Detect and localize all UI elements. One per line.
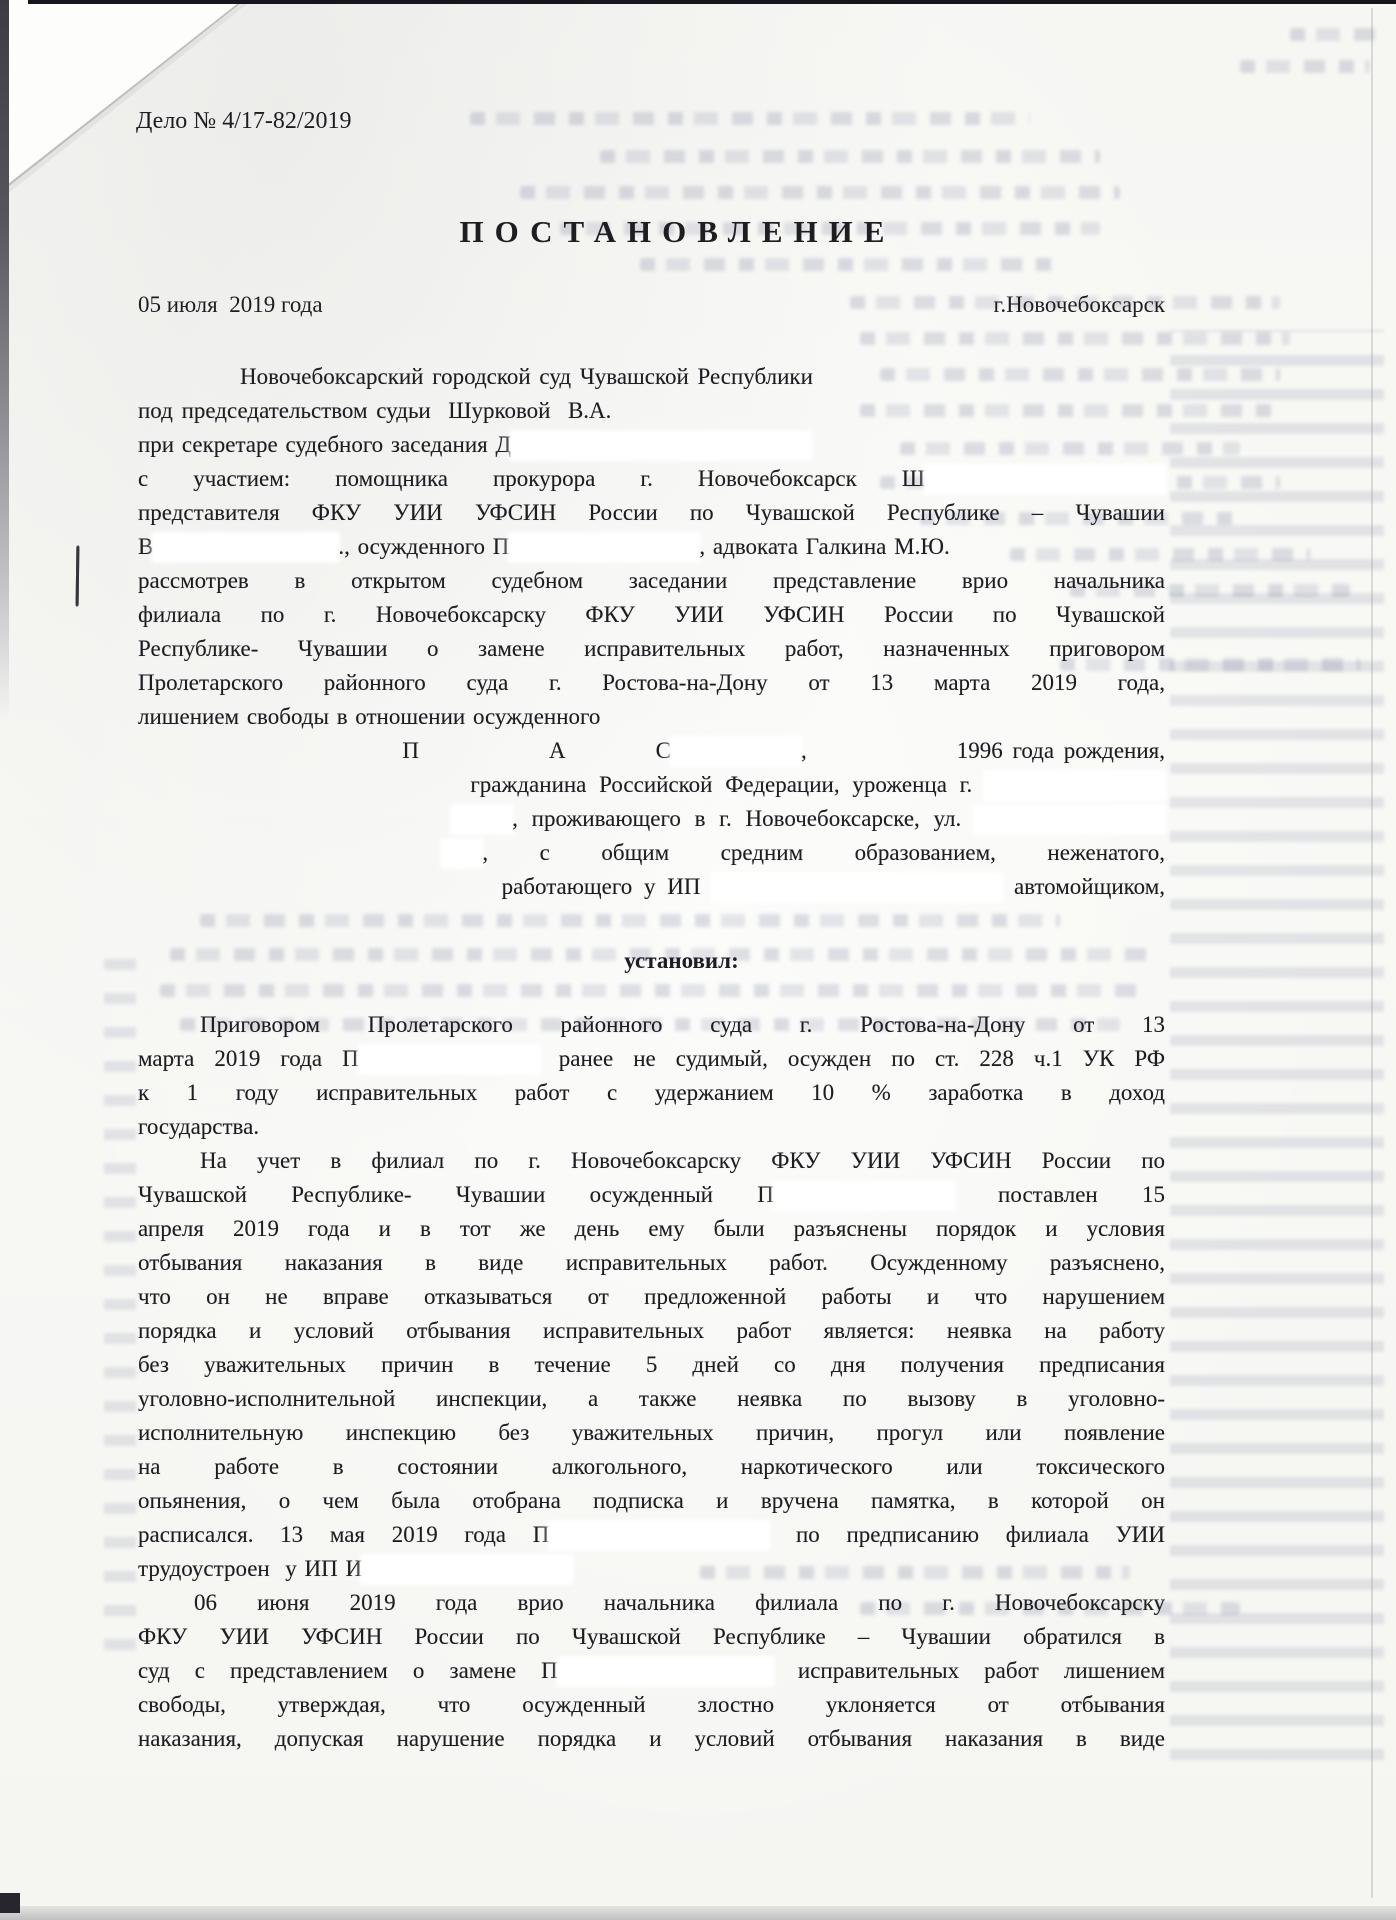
redaction-box (511, 432, 811, 459)
text-run: отбывания наказания в виде исправительны… (138, 1250, 1165, 1275)
redaction-box (671, 738, 801, 765)
text-run: , адвоката Галкина М.Ю. (699, 534, 949, 559)
text-run: без уважительных причин в течение 5 дней… (138, 1352, 1165, 1377)
case-number: Дело № 4/17-82/2019 (136, 104, 352, 138)
bleed-through-artifact (640, 258, 1060, 271)
text-run: расписался. 13 мая 2019 года П (138, 1522, 549, 1547)
text-run: А (549, 738, 566, 763)
text-run: исполнительную инспекцию без уважительны… (138, 1420, 1165, 1445)
document-city: г.Новочебоксарск (994, 288, 1165, 322)
text-line: на работе в состоянии алкогольного, нарк… (138, 1450, 1165, 1484)
bleed-through-artifact (160, 984, 1150, 997)
redaction-box (558, 1658, 773, 1685)
text-line: государства. (138, 1110, 1165, 1144)
text-line: отбывания наказания в виде исправительны… (138, 1246, 1165, 1280)
paragraph-registration: На учет в филиал по г. Новочебоксарску Ф… (138, 1144, 1165, 1586)
text-run: апреля 2019 года и в тот же день ему был… (138, 1216, 1165, 1241)
text-run: рассмотрев в открытом судебном заседании… (138, 568, 1165, 593)
corner-fold-shadow (0, 0, 252, 200)
bleed-through-artifact (200, 914, 1060, 927)
paper-edge-line (1371, 8, 1373, 1898)
text-run: гражданина Российской Федерации, уроженц… (470, 772, 985, 797)
court-composition: Новочебоксарский городской суд Чувашской… (138, 360, 1165, 904)
spacer (566, 757, 656, 758)
redaction-box (442, 840, 482, 867)
text-line: свободы, утверждая, что осужденный злост… (138, 1688, 1165, 1722)
text-run: Чувашской Республике- Чувашии осужденный… (138, 1182, 774, 1207)
section-heading-ustanovil: установил: (168, 944, 1195, 978)
text-line: рассмотрев в открытом судебном заседании… (138, 564, 1165, 598)
corner-fold (0, 0, 246, 192)
text-line: что он не вправе отказываться от предлож… (138, 1280, 1165, 1314)
text-run: филиала по г. Новочебоксарску ФКУ УИИ УФ… (138, 602, 1165, 627)
text-line: суд с представлением о замене П исправит… (138, 1654, 1165, 1688)
text-line: исполнительную инспекцию без уважительны… (138, 1416, 1165, 1450)
text-run: ФКУ УИИ УФСИН России по Чувашской Респуб… (138, 1624, 1165, 1649)
text-line: Пролетарского районного суда г. Ростова-… (138, 666, 1165, 700)
redaction-box (359, 1046, 539, 1073)
redaction-box (774, 1182, 954, 1209)
text-run: государства. (138, 1114, 259, 1139)
scanned-court-document: Дело № 4/17-82/2019 ПОСТАНОВЛЕНИЕ 05 июл… (0, 0, 1396, 1920)
document-date: 05 июля 2019 года (138, 288, 323, 322)
bleed-through-artifact (104, 940, 136, 1650)
text-line: к 1 году исправительных работ с удержани… (138, 1076, 1165, 1110)
text-run: на работе в состоянии алкогольного, нарк… (138, 1454, 1165, 1479)
text-run: что он не вправе отказываться от предлож… (138, 1284, 1165, 1309)
text-run: Приговором Пролетарского районного суда … (200, 1012, 1165, 1037)
date-line: 05 июля 2019 года г.Новочебоксарск (138, 288, 1165, 322)
text-line: , с общим средним образованием, неженато… (138, 836, 1165, 870)
redaction-box (985, 772, 1165, 799)
redaction-box (509, 534, 699, 561)
text-line: расписался. 13 мая 2019 года П по предпи… (138, 1518, 1165, 1552)
document-title: ПОСТАНОВЛЕНИЕ (164, 212, 1191, 252)
text-line: лишением свободы в отношении осужденного (138, 700, 1165, 734)
text-line: трудоустроен у ИП И (138, 1552, 1165, 1586)
text-run: к 1 году исправительных работ с удержани… (138, 1080, 1165, 1105)
bleed-through-artifact (1290, 28, 1380, 41)
bleed-through-artifact (470, 112, 1030, 125)
bleed-through-artifact (1240, 60, 1370, 73)
text-run: опьянения, о чем была отобрана подписка … (138, 1488, 1165, 1513)
text-line: марта 2019 года П ранее не судимый, осуж… (138, 1042, 1165, 1076)
text-run: поставлен 15 (954, 1182, 1165, 1207)
text-run: , с общим средним образованием, неженато… (482, 840, 1165, 865)
text-line: при секретаре судебного заседания Д (138, 428, 1165, 462)
text-line: филиала по г. Новочебоксарску ФКУ УИИ УФ… (138, 598, 1165, 632)
bleed-through-artifact (1170, 330, 1384, 1760)
text-line: гражданина Российской Федерации, уроженц… (138, 768, 1165, 802)
text-run: представителя ФКУ УИИ УФСИН России по Чу… (138, 500, 1165, 525)
text-run: В (138, 534, 153, 559)
text-line: уголовно-исполнительной инспекции, а так… (138, 1382, 1165, 1416)
text-line: Республике- Чувашии о замене исправитель… (138, 632, 1165, 666)
text-run: Новочебоксарский городской суд Чувашской… (240, 364, 813, 389)
redaction-box (452, 806, 512, 833)
spacer (419, 757, 549, 758)
text-line: апреля 2019 года и в тот же день ему был… (138, 1212, 1165, 1246)
text-line: Приговором Пролетарского районного суда … (138, 1008, 1165, 1042)
text-run: при секретаре судебного заседания Д (138, 432, 511, 457)
text-line: Новочебоксарский городской суд Чувашской… (138, 360, 1165, 394)
text-run: исправительных работ лишением (773, 1658, 1165, 1683)
text-run: наказания, допуская нарушение порядка и … (138, 1726, 1165, 1751)
text-line: порядка и условий отбывания исправительн… (138, 1314, 1165, 1348)
text-run: На учет в филиал по г. Новочебоксарску Ф… (200, 1148, 1165, 1173)
redaction-box (153, 534, 338, 561)
text-run: свободы, утверждая, что осужденный злост… (138, 1692, 1165, 1717)
text-run: 06 июня 2019 года врио начальника филиал… (194, 1590, 1165, 1615)
text-run: марта 2019 года П (138, 1046, 359, 1071)
text-run: ., осужденного П (338, 534, 509, 559)
text-run: П (402, 738, 419, 763)
bleed-through-artifact (520, 186, 1120, 199)
text-line: с участием: помощника прокурора г. Новоч… (138, 462, 1165, 496)
redaction-box (362, 1556, 572, 1583)
text-line: ПАС,1996 года рождения, (138, 734, 1165, 768)
text-run: работающего у ИП (502, 874, 713, 899)
text-run: автомойщиком, (1002, 874, 1165, 899)
text-run: под председательством судьи Шурковой В.А… (138, 398, 611, 423)
bottom-left-corner-mark (0, 1893, 20, 1913)
text-line: без уважительных причин в течение 5 дней… (138, 1348, 1165, 1382)
text-run: Республике- Чувашии о замене исправитель… (138, 636, 1165, 661)
text-run: , проживающего в г. Новочебоксарске, ул. (512, 806, 975, 831)
text-run: С (656, 738, 671, 763)
text-run: Пролетарского районного суда г. Ростова-… (138, 670, 1165, 695)
text-line: опьянения, о чем была отобрана подписка … (138, 1484, 1165, 1518)
redaction-box (712, 874, 1002, 901)
redaction-box (925, 466, 1165, 493)
text-run: ранее не судимый, осужден по ст. 228 ч.1… (539, 1046, 1165, 1071)
text-run: лишением свободы в отношении осужденного (138, 704, 600, 729)
bleed-through-artifact (600, 150, 1100, 163)
text-line: В., осужденного П, адвоката Галкина М.Ю. (138, 530, 1165, 564)
text-run: трудоустроен у ИП И (138, 1556, 362, 1581)
text-line: наказания, допуская нарушение порядка и … (138, 1722, 1165, 1756)
text-run: , (801, 738, 807, 763)
text-line: ФКУ УИИ УФСИН России по Чувашской Респуб… (138, 1620, 1165, 1654)
text-line: под председательством судьи Шурковой В.А… (138, 394, 1165, 428)
text-run: по предписанию филиала УИИ (769, 1522, 1165, 1547)
paragraph-motion: 06 июня 2019 года врио начальника филиал… (138, 1586, 1165, 1756)
paragraph-verdict: Приговором Пролетарского районного суда … (138, 1008, 1165, 1144)
redaction-box (549, 1522, 769, 1549)
left-edge-shadow (0, 0, 9, 720)
text-line: Чувашской Республике- Чувашии осужденный… (138, 1178, 1165, 1212)
text-line: , проживающего в г. Новочебоксарске, ул. (138, 802, 1165, 836)
spacer (807, 757, 957, 758)
corner-fold-crease (0, 0, 248, 194)
scanner-edge-top (28, 0, 1396, 4)
pen-mark (76, 546, 80, 606)
bleed-through-artifact (860, 332, 1290, 345)
text-run: 1996 года рождения, (957, 738, 1165, 763)
text-line: 06 июня 2019 года врио начальника филиал… (138, 1586, 1165, 1620)
scanner-edge-bottom (0, 1906, 1396, 1920)
text-run: порядка и условий отбывания исправительн… (138, 1318, 1165, 1343)
text-line: работающего у ИП автомойщиком, (138, 870, 1165, 904)
text-line: представителя ФКУ УИИ УФСИН России по Чу… (138, 496, 1165, 530)
text-run: с участием: помощника прокурора г. Новоч… (138, 466, 925, 491)
text-run: суд с представлением о замене П (138, 1658, 558, 1683)
text-run: уголовно-исполнительной инспекции, а так… (138, 1386, 1165, 1411)
text-line: На учет в филиал по г. Новочебоксарску Ф… (138, 1144, 1165, 1178)
redaction-box (975, 806, 1165, 833)
